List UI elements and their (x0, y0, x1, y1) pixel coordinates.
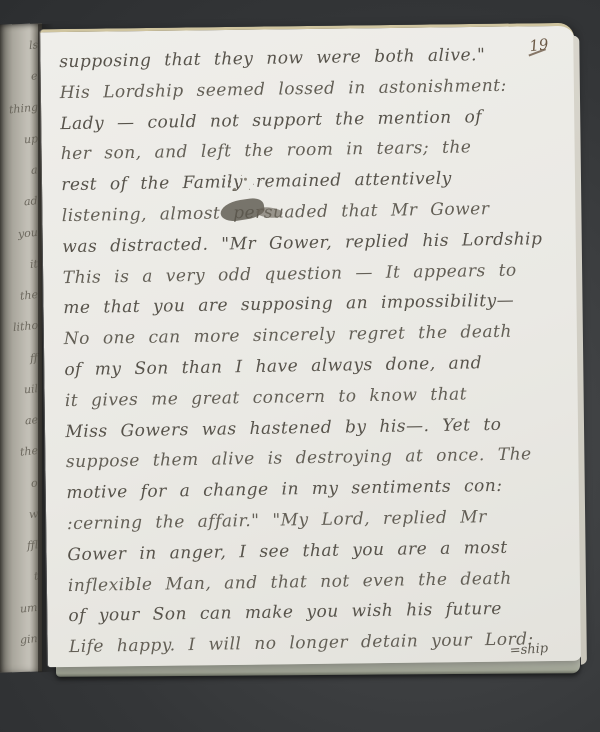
facing-page-text-fragment: thing (8, 101, 38, 116)
facing-page-text-fragment: you (18, 226, 39, 240)
facing-page-text-fragment: w (28, 508, 38, 521)
facing-page-text-fragment: up (23, 133, 38, 146)
manuscript-page: 19 supposing that they now were both ali… (40, 23, 582, 667)
ink-spatter-dots (228, 180, 231, 183)
facing-page-text-fragment: ls (28, 39, 38, 52)
facing-page-text-fragment: um (20, 601, 38, 615)
manuscript-text-block: supposing that they now were both alive.… (59, 37, 573, 663)
facing-page-text-fragment: ae (25, 414, 39, 427)
facing-page-text-fragment: uil (23, 383, 38, 396)
facing-page-text-fragment: ffl (27, 539, 39, 552)
facing-page-text-fragment: litho (12, 320, 38, 334)
catchword: =ship (509, 641, 548, 658)
facing-page-edge: ls e thing up a ad you it the litho ff u… (0, 23, 42, 672)
manuscript-photo: ls e thing up a ad you it the litho ff u… (0, 0, 600, 732)
facing-page-text-fragment: ad (24, 195, 38, 208)
facing-page-text-fragment: the (20, 445, 39, 459)
facing-page-text-fragment: gin (20, 633, 38, 647)
facing-page-text-fragment: the (20, 289, 39, 303)
